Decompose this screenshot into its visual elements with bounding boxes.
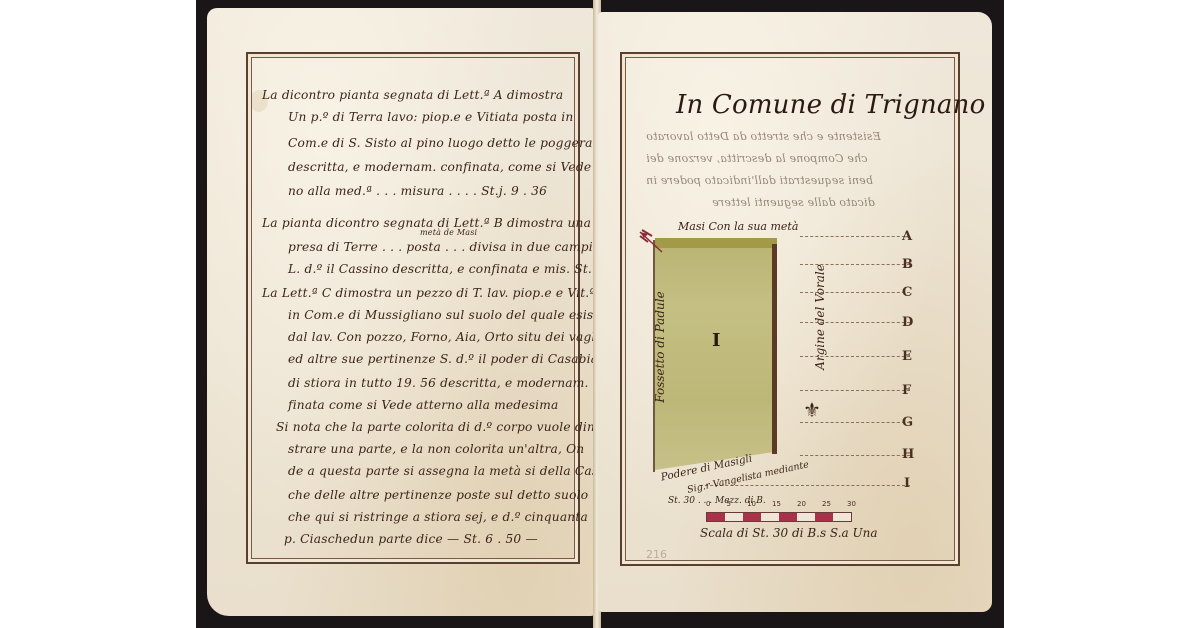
guide-line xyxy=(800,422,910,423)
scale-caption: Scala di St. 30 di B.s S.a Una xyxy=(700,526,878,540)
page-title: In Comune di Trignano xyxy=(676,90,985,120)
guide-line xyxy=(800,455,910,456)
text-line: La Lett.ª C dimostra un pezzo di T. lav.… xyxy=(262,286,634,300)
text-line: Com.e di S. Sisto al pino luogo detto le… xyxy=(288,136,593,150)
bleed-through-line: che Compone la descritta, verzone dei xyxy=(646,152,868,165)
scale-tick: 0 xyxy=(706,500,710,508)
bleed-through-line: beni sequestrati dall'indicato podere in xyxy=(646,174,873,187)
interline-note: metà de Masi xyxy=(420,228,477,237)
scale-tick: 15 xyxy=(772,500,781,508)
margin-letter: F xyxy=(902,383,911,398)
scale-tick: 25 xyxy=(822,500,831,508)
text-line: Si nota che la parte colorita di d.º cor… xyxy=(276,420,606,434)
margin-letter: E xyxy=(902,349,912,364)
scale-tick: 20 xyxy=(797,500,806,508)
margin-letter: B xyxy=(902,257,913,272)
text-line: finata come si Vede atterno alla medesim… xyxy=(288,398,559,412)
margin-letter: C xyxy=(902,285,912,300)
parcel-top-border xyxy=(655,238,777,248)
margin-letter: H xyxy=(902,447,914,462)
margin-letter: A xyxy=(902,229,912,244)
text-line: ed altre sue pertinenze S. d.º il poder … xyxy=(288,352,621,366)
land-parcel xyxy=(655,238,777,470)
margin-letter: G xyxy=(902,415,913,430)
scale-tick: 10 xyxy=(747,500,756,508)
scale-ticks: 0 5 10 15 20 25 30 xyxy=(706,500,856,508)
map-north-label: Masi Con la sua metà xyxy=(678,220,798,233)
scale-bar xyxy=(706,512,852,522)
margin-letter: D xyxy=(902,315,913,330)
scale-tick: 30 xyxy=(847,500,856,508)
compass-arrow-icon xyxy=(638,228,664,254)
bleed-through-line: Esistente e che stretto da Detto lavorat… xyxy=(646,130,881,143)
parcel-label: I xyxy=(712,330,720,351)
text-line: che delle altre pertinenze poste sul det… xyxy=(288,488,588,502)
text-line: Un p.º di Terra lavo: piop.e e Vitiata p… xyxy=(288,110,573,124)
margin-letter: I xyxy=(904,476,910,491)
text-line: presa di Terre . . . posta . . . divisa … xyxy=(288,240,593,254)
text-line: La dicontro pianta segnata di Lett.ª A d… xyxy=(262,88,563,102)
text-line: de a questa parte si assegna la metà si … xyxy=(288,464,606,478)
parcel-east-border xyxy=(772,244,777,454)
folio-number: 216 xyxy=(646,548,667,561)
bleed-through-line: dicato dalle seguenti lettere xyxy=(712,196,875,209)
map-east-label: Argine del Vorale xyxy=(813,217,827,417)
text-line: no alla med.ª . . . misura . . . . St.j.… xyxy=(288,184,547,198)
scale-tick: 5 xyxy=(727,500,731,508)
text-line: che qui si ristringe a stiora sej, e d.º… xyxy=(288,510,588,524)
text-line: descritta, e modernam. confinata, come s… xyxy=(288,160,626,174)
text-line: dal lav. Con pozzo, Forno, Aia, Orto sit… xyxy=(288,330,611,344)
text-line: strare una parte, e la non colorita un'a… xyxy=(288,442,584,456)
map-west-label: Fossetto di Padule xyxy=(653,247,667,447)
text-line: p. Ciaschedun parte dice — St. 6 . 50 — xyxy=(284,532,538,546)
text-line: di stiora in tutto 19. 56 descritta, e m… xyxy=(288,376,615,390)
fleur-de-lis-icon: ⚜ xyxy=(803,398,821,422)
text-line: L. d.º il Cassino descritta, e confinata… xyxy=(288,262,640,276)
